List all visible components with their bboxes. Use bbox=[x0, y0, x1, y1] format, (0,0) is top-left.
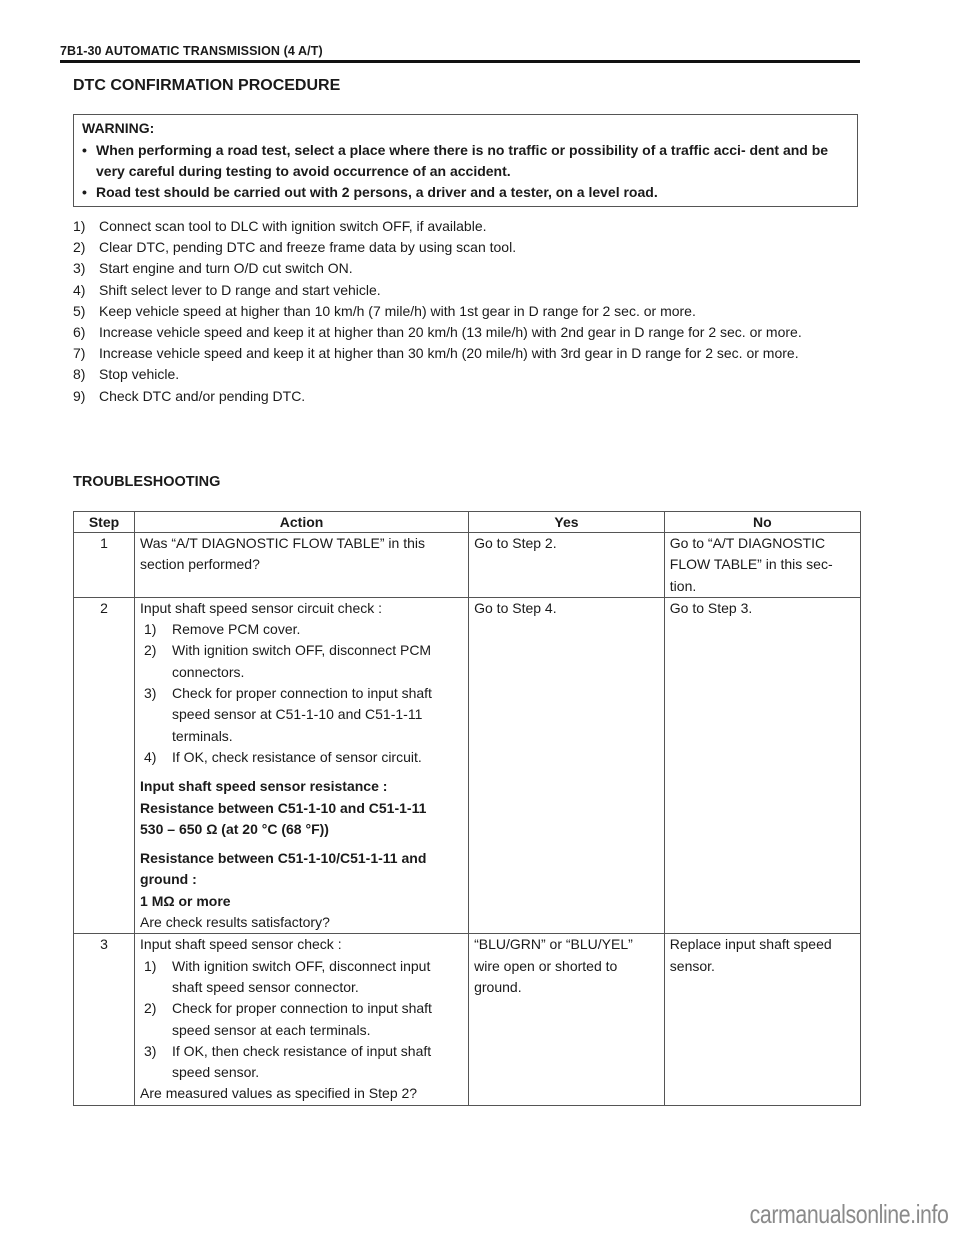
spec-resistance-between: Resistance between C51-1-10 and C51-1-11 bbox=[140, 798, 463, 819]
step-text: Stop vehicle. bbox=[99, 366, 179, 382]
procedure-steps-list: 1)Connect scan tool to DLC with ignition… bbox=[73, 216, 863, 407]
step-text: Increase vehicle speed and keep it at hi… bbox=[99, 324, 802, 340]
procedure-step: 9)Check DTC and/or pending DTC. bbox=[73, 386, 863, 407]
action-intro: Was “A/T DIAGNOSTIC FLOW TABLE” in this … bbox=[140, 533, 463, 576]
step-number: 5) bbox=[73, 301, 85, 322]
action-substep: 1)With ignition switch OFF, disconnect i… bbox=[144, 956, 463, 999]
step-cell: 3 bbox=[74, 934, 135, 1105]
substep-number: 2) bbox=[144, 998, 156, 1019]
warning-item: • Road test should be carried out with 2… bbox=[82, 182, 857, 203]
substep-number: 1) bbox=[144, 956, 156, 977]
substep-number: 4) bbox=[144, 747, 156, 768]
table-row: 2 Input shaft speed sensor circuit check… bbox=[74, 597, 861, 933]
bullet-icon: • bbox=[82, 140, 87, 161]
step-text: Check DTC and/or pending DTC. bbox=[99, 388, 305, 404]
substep-text: Remove PCM cover. bbox=[172, 621, 300, 637]
step-text: Increase vehicle speed and keep it at hi… bbox=[99, 345, 799, 361]
table-header-row: Step Action Yes No bbox=[74, 512, 861, 533]
procedure-step: 1)Connect scan tool to DLC with ignition… bbox=[73, 216, 863, 237]
yes-cell: Go to Step 4. bbox=[469, 597, 665, 933]
action-substep: 2)Check for proper connection to input s… bbox=[144, 998, 463, 1041]
procedure-step: 8)Stop vehicle. bbox=[73, 364, 863, 385]
spec-resistance-value: 530 – 650 Ω (at 20 °C (68 °F)) bbox=[140, 819, 463, 840]
step-number: 3) bbox=[73, 258, 85, 279]
step-number: 8) bbox=[73, 364, 85, 385]
step-number: 1) bbox=[73, 216, 85, 237]
no-cell: Go to Step 3. bbox=[664, 597, 860, 933]
yes-cell: Go to Step 2. bbox=[469, 533, 665, 598]
warning-item-text: Road test should be carried out with 2 p… bbox=[96, 184, 658, 200]
procedure-step: 3)Start engine and turn O/D cut switch O… bbox=[73, 258, 863, 279]
no-cell: Replace input shaft speed sensor. bbox=[664, 934, 860, 1105]
substep-text: Check for proper connection to input sha… bbox=[172, 685, 432, 744]
action-cell: Input shaft speed sensor circuit check :… bbox=[135, 597, 469, 933]
spec-resistance-title: Input shaft speed sensor resistance : bbox=[140, 776, 463, 797]
step-number: 7) bbox=[73, 343, 85, 364]
step-text: Clear DTC, pending DTC and freeze frame … bbox=[99, 239, 516, 255]
substep-text: Check for proper connection to input sha… bbox=[172, 1000, 432, 1037]
action-intro: Input shaft speed sensor circuit check : bbox=[140, 598, 463, 619]
action-substep: 3)Check for proper connection to input s… bbox=[144, 683, 463, 747]
no-cell: Go to “A/T DIAGNOSTIC FLOW TABLE” in thi… bbox=[664, 533, 860, 598]
step-text: Keep vehicle speed at higher than 10 km/… bbox=[99, 303, 696, 319]
column-header-yes: Yes bbox=[469, 512, 665, 533]
table-row: 1 Was “A/T DIAGNOSTIC FLOW TABLE” in thi… bbox=[74, 533, 861, 598]
step-text: Start engine and turn O/D cut switch ON. bbox=[99, 260, 353, 276]
action-question: Are measured values as specified in Step… bbox=[140, 1083, 463, 1104]
substep-text: With ignition switch OFF, disconnect PCM… bbox=[172, 642, 431, 679]
procedure-step: 2)Clear DTC, pending DTC and freeze fram… bbox=[73, 237, 863, 258]
substep-text: If OK, check resistance of sensor circui… bbox=[172, 749, 422, 765]
procedure-step: 4)Shift select lever to D range and star… bbox=[73, 280, 863, 301]
warning-title: WARNING: bbox=[82, 118, 857, 139]
substep-text: If OK, then check resistance of input sh… bbox=[172, 1043, 431, 1080]
section-title-dtc-confirmation: DTC CONFIRMATION PROCEDURE bbox=[73, 77, 340, 95]
substep-number: 2) bbox=[144, 640, 156, 661]
step-number: 6) bbox=[73, 322, 85, 343]
step-number: 9) bbox=[73, 386, 85, 407]
step-cell: 1 bbox=[74, 533, 135, 598]
troubleshooting-table: Step Action Yes No 1 Was “A/T DIAGNOSTIC… bbox=[73, 511, 861, 1106]
column-header-action: Action bbox=[135, 512, 469, 533]
action-cell: Input shaft speed sensor check : 1)With … bbox=[135, 934, 469, 1105]
action-intro: Input shaft speed sensor check : bbox=[140, 934, 463, 955]
step-text: Shift select lever to D range and start … bbox=[99, 282, 381, 298]
section-title-troubleshooting: TROUBLESHOOTING bbox=[73, 474, 220, 490]
warning-item-text: When performing a road test, select a pl… bbox=[96, 142, 828, 179]
spec-ground-value: 1 MΩ or more bbox=[140, 891, 463, 912]
substep-text: With ignition switch OFF, disconnect inp… bbox=[172, 958, 430, 995]
column-header-no: No bbox=[664, 512, 860, 533]
procedure-step: 6)Increase vehicle speed and keep it at … bbox=[73, 322, 863, 343]
yes-cell: “BLU/GRN” or “BLU/YEL” wire open or shor… bbox=[469, 934, 665, 1105]
step-number: 2) bbox=[73, 237, 85, 258]
action-question: Are check results satisfactory? bbox=[140, 912, 463, 933]
step-number: 4) bbox=[73, 280, 85, 301]
procedure-step: 5)Keep vehicle speed at higher than 10 k… bbox=[73, 301, 863, 322]
column-header-step: Step bbox=[74, 512, 135, 533]
watermark-link[interactable]: carmanualsonline.info bbox=[749, 1199, 948, 1230]
spec-ground-resistance: Resistance between C51-1-10/C51-1-11 and… bbox=[140, 848, 463, 891]
warning-item: • When performing a road test, select a … bbox=[82, 140, 857, 182]
step-cell: 2 bbox=[74, 597, 135, 933]
action-substep: 3)If OK, then check resistance of input … bbox=[144, 1041, 463, 1084]
action-substep: 2)With ignition switch OFF, disconnect P… bbox=[144, 640, 463, 683]
page-header: 7B1-30 AUTOMATIC TRANSMISSION (4 A/T) bbox=[60, 44, 860, 63]
action-substep: 1)Remove PCM cover. bbox=[144, 619, 463, 640]
substep-number: 1) bbox=[144, 619, 156, 640]
action-substep: 4)If OK, check resistance of sensor circ… bbox=[144, 747, 463, 768]
step-text: Connect scan tool to DLC with ignition s… bbox=[99, 218, 487, 234]
substep-number: 3) bbox=[144, 683, 156, 704]
action-cell: Was “A/T DIAGNOSTIC FLOW TABLE” in this … bbox=[135, 533, 469, 598]
warning-box: WARNING: • When performing a road test, … bbox=[73, 114, 858, 207]
table-row: 3 Input shaft speed sensor check : 1)Wit… bbox=[74, 934, 861, 1105]
bullet-icon: • bbox=[82, 182, 87, 203]
substep-number: 3) bbox=[144, 1041, 156, 1062]
procedure-step: 7)Increase vehicle speed and keep it at … bbox=[73, 343, 863, 364]
